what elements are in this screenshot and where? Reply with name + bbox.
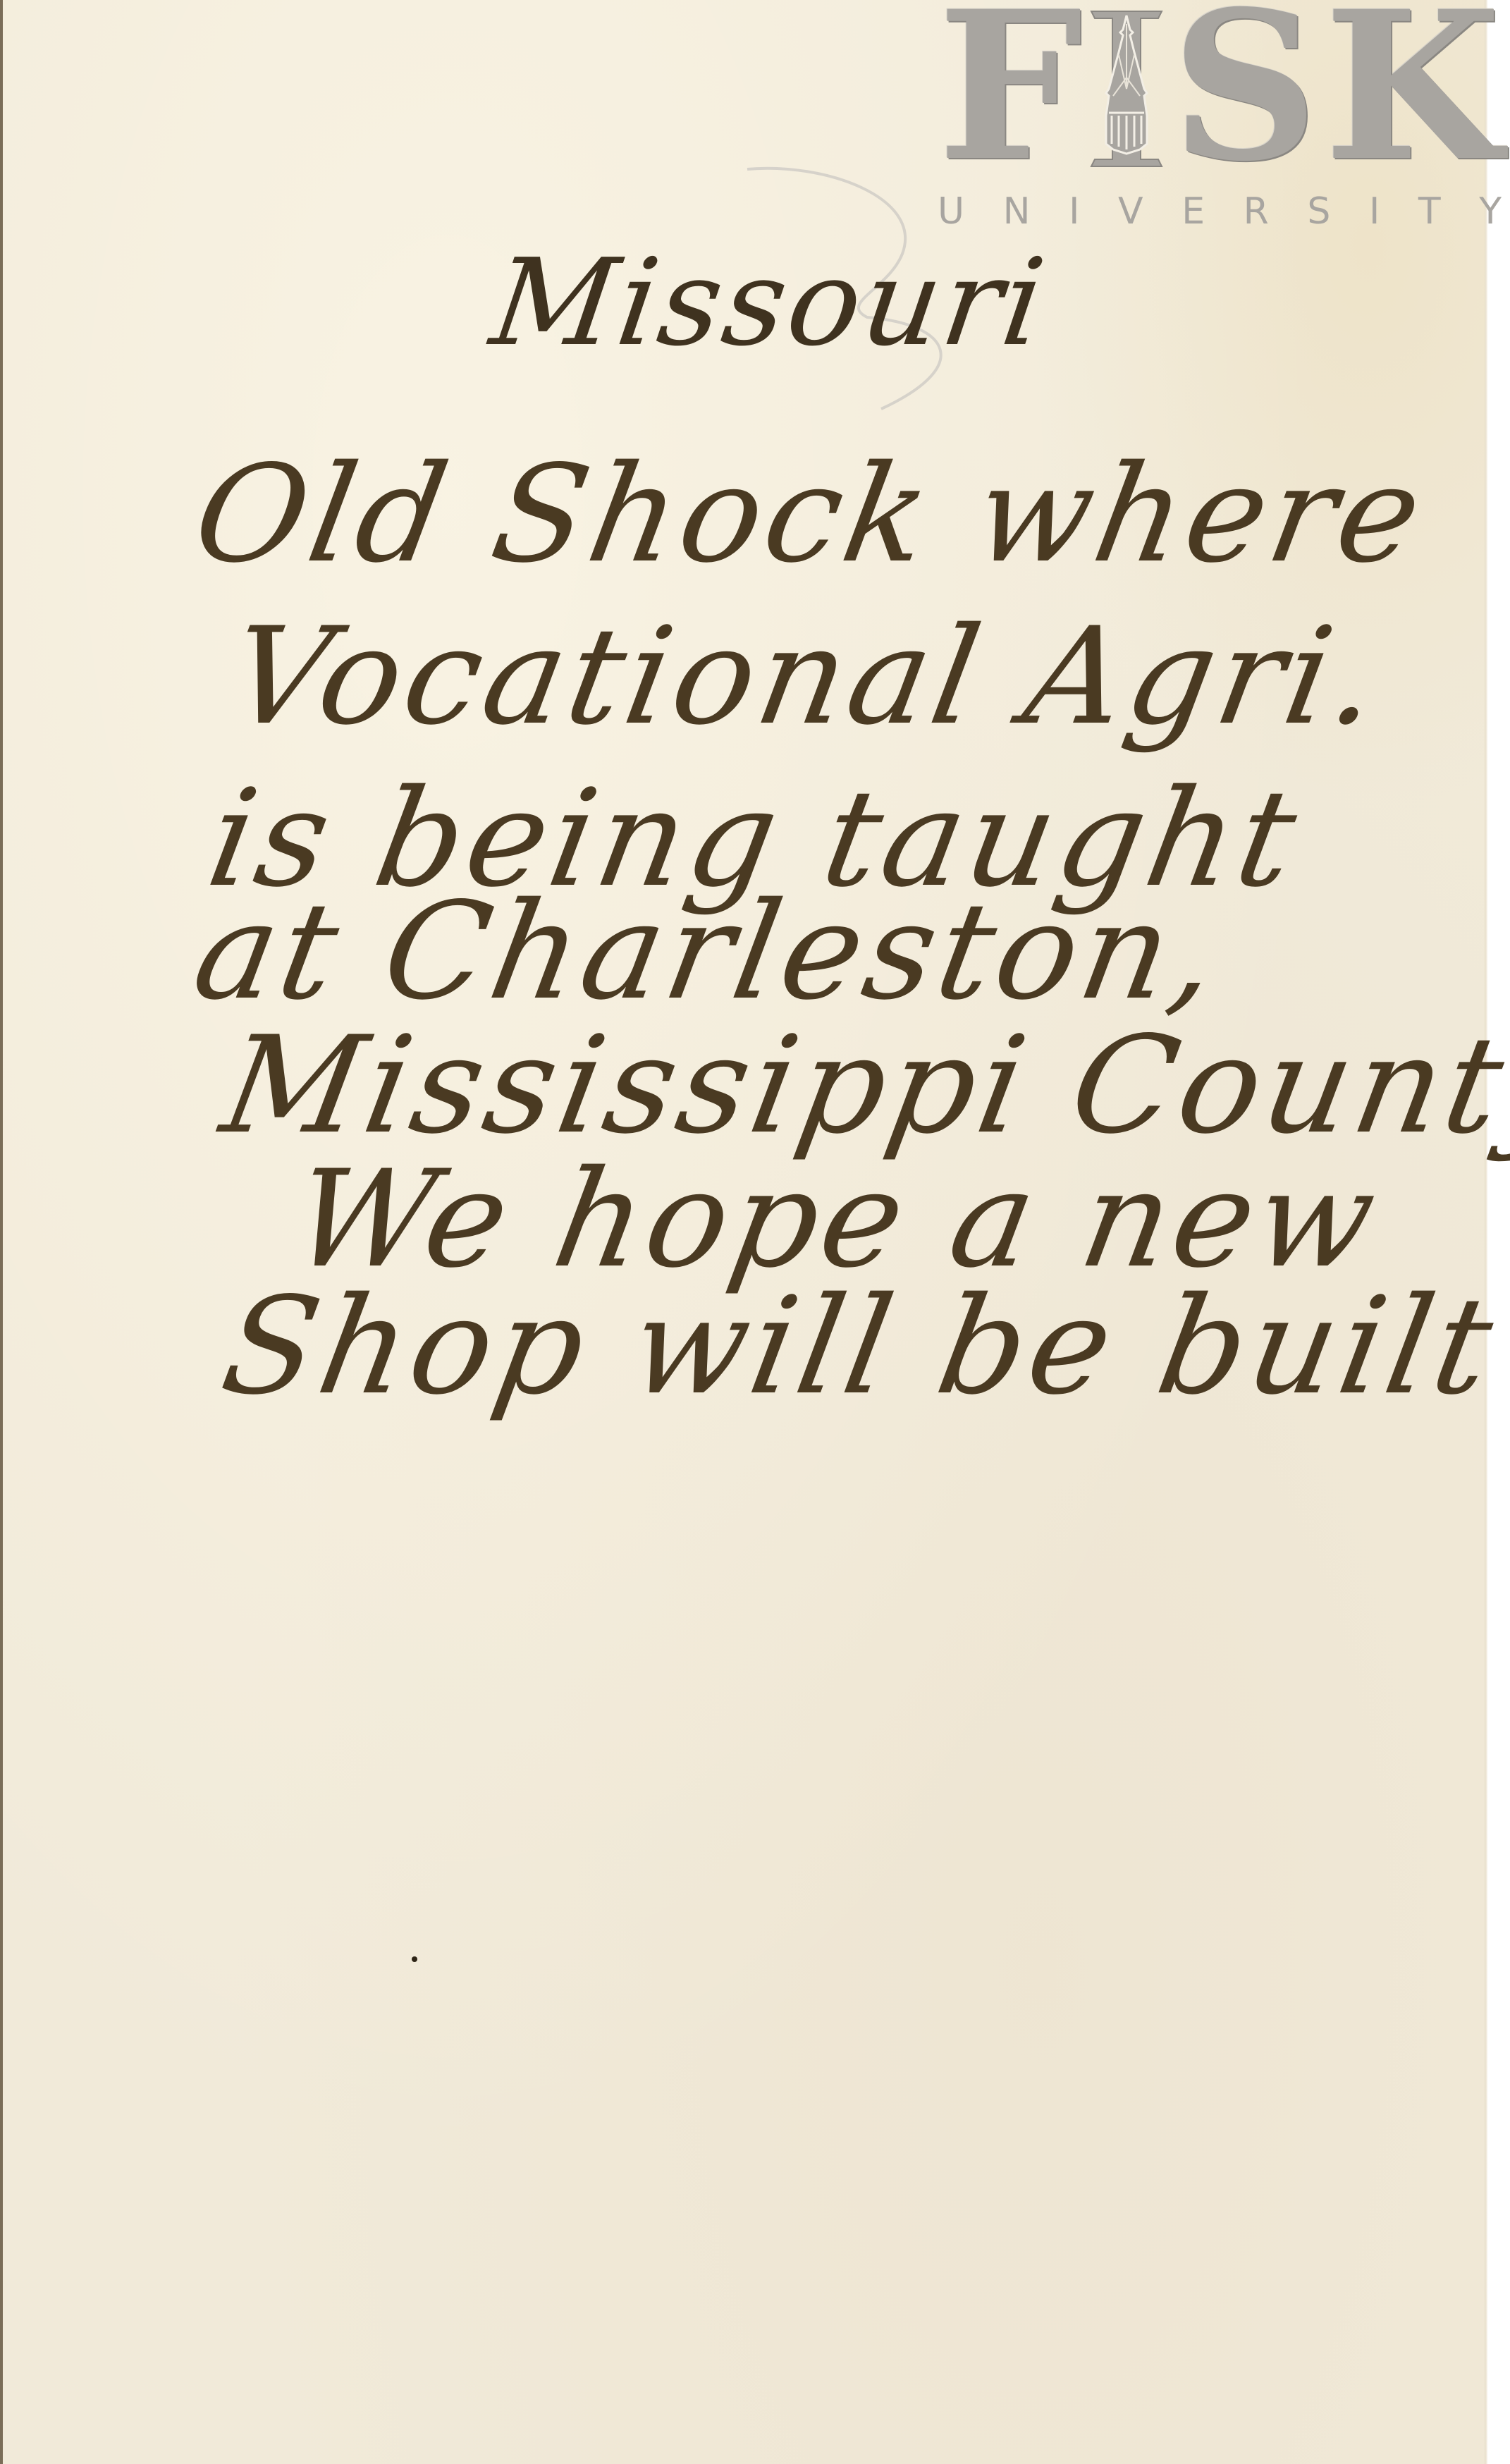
ink-dot — [412, 1956, 417, 1962]
handwritten-note: Missouri Old Shock where Vocational Agri… — [0, 0, 1487, 2464]
note-title: Missouri — [484, 233, 1055, 374]
note-line: Old Shock where — [184, 437, 1437, 592]
note-line: Vocational Agri. — [219, 599, 1395, 754]
note-line: Mississippi County — [212, 1008, 1510, 1163]
note-line: Shop will be built — [212, 1269, 1507, 1424]
note-line: at Charleston, — [184, 874, 1234, 1029]
